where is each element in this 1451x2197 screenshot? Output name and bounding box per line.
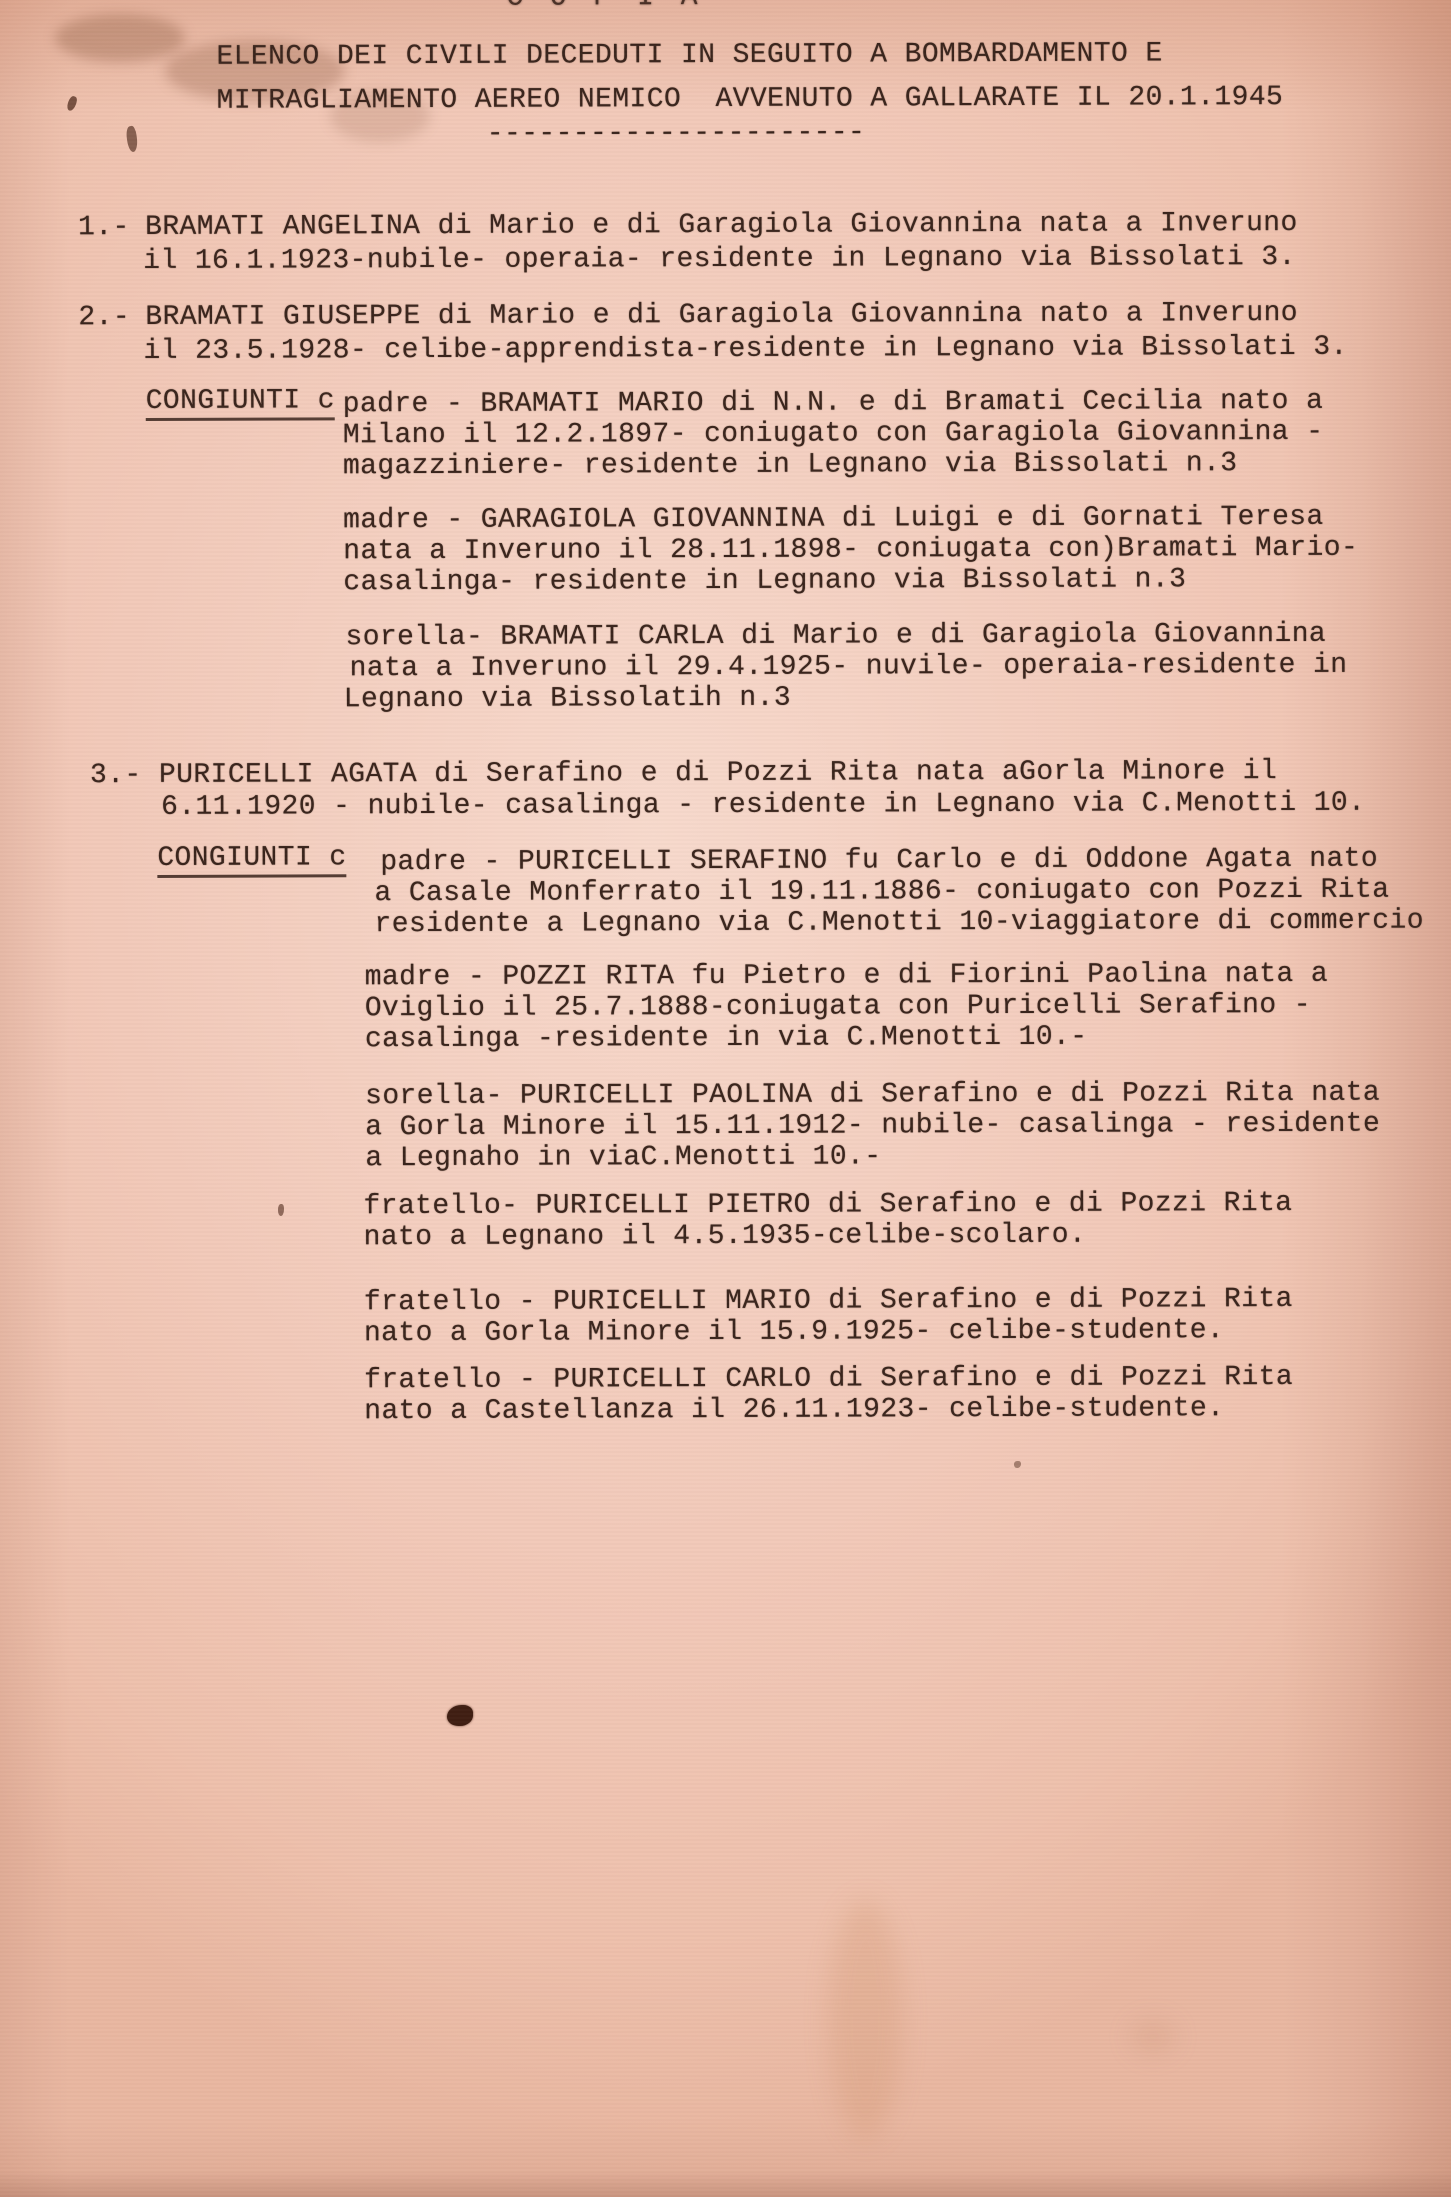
entry-2-line-2: il 23.5.1928- celibe-apprendista-residen… [143, 332, 1347, 367]
relative-line: madre - POZZI RITA fu Pietro e di Fiorin… [365, 959, 1328, 993]
congiunti-2-madre: madre - POZZI RITA fu Pietro e di Fiorin… [365, 959, 1329, 1055]
copy-stamp: C O P I A [506, 0, 702, 14]
congiunti-2-sorella: sorella- PURICELLI PAOLINA di Serafino e… [365, 1078, 1380, 1175]
entry-3-text: PURICELLI AGATA di Serafino e di Pozzi R… [159, 756, 1363, 822]
congiunti-2-label: CONGIUNTI c [157, 842, 346, 878]
relative-line: fratello - PURICELLI MARIO di Serafino e… [364, 1284, 1293, 1318]
relative-line: casalinga -residente in via C.Menotti 10… [365, 1021, 1328, 1055]
title-underline-dashes: ---------------------- [487, 117, 866, 149]
relative-line: casalinga- residente in Legnano via Biss… [343, 564, 1358, 599]
relative-line: nato a Castellanza il 26.11.1923- celibe… [364, 1393, 1293, 1427]
relative-line: fratello- PURICELLI PIETRO di Serafino e… [363, 1188, 1292, 1222]
relative-line: a Gorla Minore il 15.11.1912- nubile- ca… [365, 1109, 1380, 1144]
entry-1-text: BRAMATI ANGELINA di Mario e di Garagiola… [145, 208, 1298, 274]
relative-line: residente a Legnano via C.Menotti 10-via… [374, 906, 1423, 941]
document-title-line-1: ELENCO DEI CIVILI DECEDUTI IN SEGUITO A … [216, 38, 1162, 72]
entry-2-number: 2.- [78, 302, 130, 333]
entry-1-line-1: BRAMATI ANGELINA di Mario e di Garagiola… [145, 208, 1298, 243]
congiunti-1-madre: madre - GARAGIOLA GIOVANNINA di Luigi e … [343, 502, 1358, 599]
entry-2-line-1: BRAMATI GIUSEPPE di Mario e di Garagiola… [145, 298, 1349, 333]
relative-line: padre - PURICELLI SERAFINO fu Carlo e di… [380, 844, 1429, 879]
congiunti-2-fratello-1: fratello- PURICELLI PIETRO di Serafino e… [363, 1188, 1292, 1253]
relative-line: madre - GARAGIOLA GIOVANNINA di Luigi e … [343, 502, 1358, 537]
relative-line: sorella- BRAMATI CARLA di Mario e di Gar… [345, 619, 1343, 653]
entry-3-number: 3.- [90, 760, 142, 791]
entry-3-line-1: PURICELLI AGATA di Serafino e di Pozzi R… [159, 756, 1363, 791]
congiunti-1-padre: padre - BRAMATI MARIO di N.N. e di Brama… [343, 386, 1324, 482]
entry-1-line-2: il 16.1.1923-nubile- operaia- residente … [143, 242, 1296, 277]
scanned-document-page: C O P I A ELENCO DEI CIVILI DECEDUTI IN … [0, 0, 1451, 2197]
relative-line: magazziniere- residente in Legnano via B… [343, 448, 1324, 482]
relative-line: nata a Inveruno il 29.4.1925- nuvile- op… [350, 650, 1348, 684]
entry-1-number: 1.- [78, 212, 130, 243]
relative-line: nato a Gorla Minore il 15.9.1925- celibe… [364, 1315, 1293, 1349]
entry-3-line-2: 6.11.1920 - nubile- casalinga - resident… [161, 788, 1365, 823]
relative-line: Legnano via Bissolatih n.3 [344, 681, 1342, 715]
relative-line: fratello - PURICELLI CARLO di Serafino e… [364, 1362, 1293, 1396]
relative-line: padre - BRAMATI MARIO di N.N. e di Brama… [343, 386, 1324, 420]
congiunti-1-label: CONGIUNTI c [146, 385, 335, 421]
relative-line: sorella- PURICELLI PAOLINA di Serafino e… [365, 1078, 1380, 1113]
relative-line: Milano il 12.2.1897- coniugato con Garag… [343, 417, 1324, 451]
document-title-line-2: MITRAGLIAMENTO AEREO NEMICO AVVENUTO A G… [217, 82, 1284, 117]
congiunti-2-fratello-3: fratello - PURICELLI CARLO di Serafino e… [364, 1362, 1293, 1427]
entry-2-text: BRAMATI GIUSEPPE di Mario e di Garagiola… [145, 298, 1349, 364]
relative-line: a Legnaho in viaC.Menotti 10.- [365, 1140, 1380, 1175]
relative-line: Oviglio il 25.7.1888-coniugata con Puric… [365, 990, 1328, 1024]
relative-line: nato a Legnano il 4.5.1935-celibe-scolar… [364, 1219, 1293, 1253]
congiunti-1-sorella: sorella- BRAMATI CARLA di Mario e di Gar… [345, 619, 1343, 715]
congiunti-2-padre: padre - PURICELLI SERAFINO fu Carlo e di… [380, 844, 1430, 941]
relative-line: a Casale Monferrato il 19.11.1886- coniu… [374, 875, 1423, 910]
relative-line: nata a Inveruno il 28.11.1898- coniugata… [343, 533, 1358, 568]
congiunti-2-fratello-2: fratello - PURICELLI MARIO di Serafino e… [364, 1284, 1293, 1349]
typewritten-content: C O P I A ELENCO DEI CIVILI DECEDUTI IN … [0, 0, 1451, 2197]
